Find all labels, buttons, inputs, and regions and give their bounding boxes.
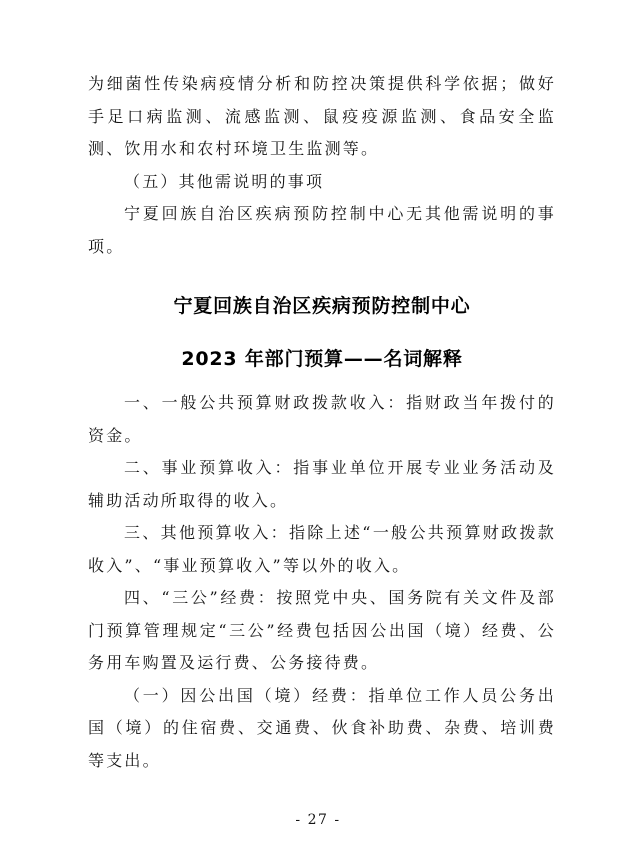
definition-4a-overseas-travel-expenses: （一）因公出国（境）经费：指单位工作人员公务出国（境）的住宿费、交通费、伙食补助… [88,680,556,778]
document-content: 为细菌性传染病疫情分析和防控决策提供科学依据；做好手足口病监测、流感监测、鼠疫疫… [88,68,556,777]
document-page: 为细菌性传染病疫情分析和防控决策提供科学依据；做好手足口病监测、流感监测、鼠疫疫… [0,0,636,850]
section-5-heading: （五）其他需说明的事项 [88,166,556,199]
document-title-glossary: 2023 年部门预算——名词解释 [88,343,556,376]
paragraph-continuation-monitoring: 为细菌性传染病疫情分析和防控决策提供科学依据；做好手足口病监测、流感监测、鼠疫疫… [88,68,556,166]
page-number: - 27 - [0,812,636,828]
definition-3-other-budget-income: 三、其他预算收入：指除上述“一般公共预算财政拨款收入”、“事业预算收入”等以外的… [88,517,556,582]
definition-1-general-public-budget-income: 一、一般公共预算财政拨款收入：指财政当年拨付的资金。 [88,387,556,452]
paragraph-no-other-matters: 宁夏回族自治区疾病预防控制中心无其他需说明的事项。 [88,198,556,263]
definition-4-three-public-expenses: 四、“三公”经费：按照党中央、国务院有关文件及部门预算管理规定“三公”经费包括因… [88,582,556,680]
definition-2-institutional-budget-income: 二、事业预算收入：指事业单位开展专业业务活动及辅助活动所取得的收入。 [88,452,556,517]
document-title-org-name: 宁夏回族自治区疾病预防控制中心 [88,290,556,323]
